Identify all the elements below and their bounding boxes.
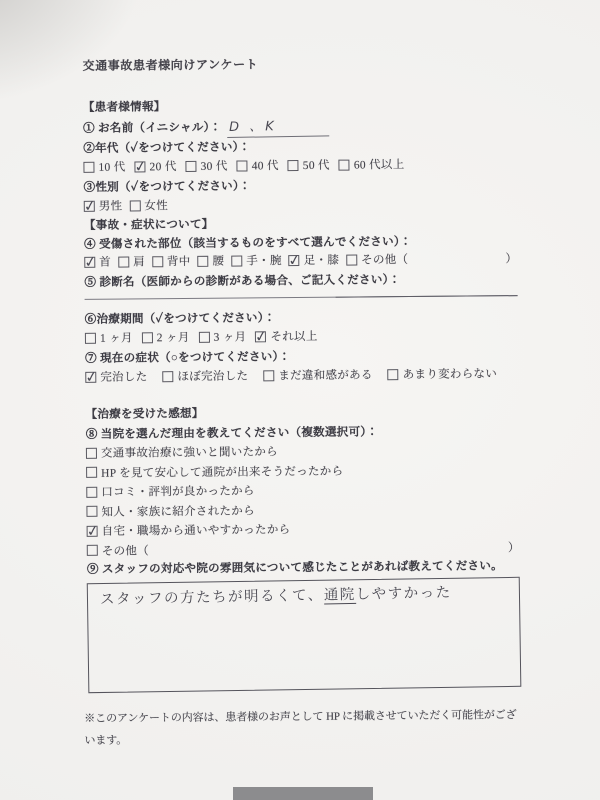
checkbox-label: 1 ヶ月 <box>100 329 133 347</box>
checkbox-icon <box>84 256 95 267</box>
checkbox-label: その他（ <box>361 251 408 269</box>
checkbox-icon <box>289 255 300 266</box>
checkbox-label: 背中 <box>167 253 191 271</box>
checkbox-option-neck[interactable]: 首 <box>84 254 111 272</box>
checkbox-icon <box>83 161 94 172</box>
checkbox-icon <box>186 160 197 171</box>
checkmark-icon <box>254 328 269 345</box>
checkbox-label: 40 代 <box>252 157 279 175</box>
checkbox-icon <box>152 256 163 267</box>
checkbox-icon <box>86 506 97 517</box>
checkbox-icon <box>87 525 98 536</box>
question-2-label: ②年代（✓をつけてください）： <box>83 136 516 158</box>
checkbox-label: 60 代以上 <box>354 156 405 174</box>
checkbox-option-age-20s[interactable]: 20 代 <box>134 158 176 176</box>
checkbox-option-shoulder[interactable]: 肩 <box>118 253 145 271</box>
checkbox-icon <box>263 370 274 381</box>
checkbox-option-reason-convenient-location[interactable]: 自宅・職場から通いやすかったから <box>87 521 291 541</box>
question-4-options: 首 肩 背中 腰 手・腕 足・膝 その他（ ） <box>84 250 517 272</box>
checkbox-option-mostly-recovered[interactable]: ほぼ完治した <box>162 367 248 386</box>
footnote: ※このアンケートの内容は、患者様のお声として HP に掲載させていただく可能性が… <box>84 704 521 752</box>
checkbox-icon <box>231 255 242 266</box>
question-2-options: 10 代 20 代 30 代 40 代 50 代 60 代以上 <box>83 155 516 177</box>
checkbox-icon <box>134 161 145 172</box>
checkbox-label: あまり変わらない <box>403 365 498 384</box>
checkbox-option-reason-referral[interactable]: 知人・家族に紹介されたから <box>86 502 255 521</box>
section-heading-accident: 【事故・症状について】 <box>84 213 517 235</box>
checkbox-label: 足・膝 <box>304 252 340 270</box>
checkbox-icon <box>118 256 129 267</box>
checkbox-label: 手・腕 <box>246 252 282 270</box>
checkbox-icon <box>86 467 97 478</box>
section-heading-patient-info: 【患者様情報】 <box>83 95 516 117</box>
checkbox-icon <box>162 371 173 382</box>
checkbox-icon <box>86 447 97 458</box>
checkbox-option-reason-reviews[interactable]: 口コミ・評判が良かったから <box>86 482 255 501</box>
checkbox-option-3months[interactable]: 3 ヶ月 <box>199 328 247 346</box>
checkbox-option-body-other[interactable]: その他（ <box>346 251 408 270</box>
question-8-options: 交通事故治療に強いと聞いたから HP を見て安心して通院が出来そうだったから 口… <box>86 441 520 560</box>
checkbox-label: 3 ヶ月 <box>214 328 247 346</box>
checkbox-option-age-50s[interactable]: 50 代 <box>288 157 330 175</box>
checkbox-label: 首 <box>99 254 111 272</box>
question-8-label: ⑧ 当院を選んだ理由を教えてください（複数選択可）： <box>86 422 519 444</box>
checkbox-option-reason-website[interactable]: HP を見て安心して通院が出来そうだったから <box>86 462 343 482</box>
checkbox-option-reason-strong-in-accident-care[interactable]: 交通事故治療に強いと聞いたから <box>86 443 278 463</box>
question-7-options: 完治した ほぼ完治した まだ違和感がある あまり変わらない <box>85 365 518 387</box>
scan-artifact-bar <box>233 787 373 800</box>
checkbox-label: 完治した <box>100 368 147 386</box>
checkbox-label: それ以上 <box>270 328 317 346</box>
checkbox-icon <box>199 331 210 342</box>
checkbox-icon <box>339 159 350 170</box>
checkbox-icon <box>85 371 96 382</box>
checkbox-icon <box>197 255 208 266</box>
checkbox-label: 腰 <box>212 253 224 271</box>
checkbox-label: 30 代 <box>201 158 228 176</box>
question-1-name: ① お名前（イニシャル）： D 、K <box>83 115 516 139</box>
checkbox-label: HP を見て安心して通院が出来そうだったから <box>101 462 343 482</box>
checkbox-option-female[interactable]: 女性 <box>129 197 168 215</box>
checkbox-option-2months[interactable]: 2 ヶ月 <box>142 329 190 347</box>
checkbox-icon <box>288 160 299 171</box>
checkbox-icon <box>129 200 140 211</box>
handwritten-comment-part1: スタッフの方たちが明るくて、 <box>100 587 324 607</box>
checkbox-icon <box>142 332 153 343</box>
checkbox-label: 交通事故治療に強いと聞いたから <box>101 443 278 463</box>
question-1-label: ① お名前（イニシャル）： <box>83 119 222 139</box>
checkbox-option-no-change[interactable]: あまり変わらない <box>388 365 498 384</box>
paren-close: ） <box>508 539 520 557</box>
page-title: 交通事故患者様向けアンケート <box>82 54 515 74</box>
other-fill-space[interactable] <box>415 262 498 263</box>
checkbox-label: 口コミ・評判が良かったから <box>101 482 255 501</box>
checkbox-icon <box>85 332 96 343</box>
checkbox-icon <box>255 331 266 342</box>
checkmark-icon <box>86 522 101 539</box>
question-6-label: ⑥治療期間（✓をつけてください）： <box>85 307 518 329</box>
checkbox-option-waist[interactable]: 腰 <box>197 253 224 271</box>
handwritten-comment-part2: 通院 <box>324 586 356 604</box>
checkbox-label: まだ違和感がある <box>278 366 373 385</box>
checkbox-label: ほぼ完治した <box>177 367 248 386</box>
checkbox-option-age-40s[interactable]: 40 代 <box>237 157 279 175</box>
name-initial-field[interactable]: D 、K <box>227 116 329 138</box>
checkbox-label: 知人・家族に紹介されたから <box>101 502 255 521</box>
checkbox-option-fully-recovered[interactable]: 完治した <box>85 368 147 387</box>
handwritten-comment: スタッフの方たちが明るくて、通院しやすかった <box>100 579 509 608</box>
scanned-survey-page: 交通事故患者様向けアンケート 【患者様情報】 ① お名前（イニシャル）： D 、… <box>0 0 600 800</box>
checkbox-icon <box>346 254 357 265</box>
checkbox-option-1month[interactable]: 1 ヶ月 <box>85 329 133 347</box>
question-6-options: 1 ヶ月 2 ヶ月 3 ヶ月 それ以上 <box>85 326 518 348</box>
checkbox-option-reason-other[interactable]: その他（ <box>87 542 149 561</box>
question-3-options: 男性 女性 <box>84 194 517 216</box>
question-7-label: ⑦ 現在の症状（○をつけてください）： <box>85 346 518 368</box>
checkmark-icon <box>84 368 99 385</box>
checkbox-option-age-60s-plus[interactable]: 60 代以上 <box>339 156 405 175</box>
checkbox-label: 50 代 <box>303 157 330 175</box>
question-3-label: ③性別（✓をつけてください）： <box>84 175 517 197</box>
question-9-label: ⑨ スタッフの対応や院の雰囲気について感じたことがあれば教えてください。 <box>87 557 520 579</box>
checkmark-icon <box>83 253 98 270</box>
checkbox-label: その他（ <box>102 542 149 560</box>
free-comment-box[interactable]: スタッフの方たちが明るくて、通院しやすかった <box>87 576 522 692</box>
checkbox-label: 2 ヶ月 <box>157 329 190 347</box>
checkbox-label: 10 代 <box>98 159 125 177</box>
checkbox-label: 男性 <box>99 198 123 216</box>
checkbox-option-hand-arm[interactable]: 手・腕 <box>231 252 282 270</box>
checkbox-icon <box>237 160 248 171</box>
section-heading-impressions: 【治療を受けた感想】 <box>86 402 519 424</box>
checkbox-option-back[interactable]: 背中 <box>152 253 191 271</box>
checkbox-option-still-discomfort[interactable]: まだ違和感がある <box>263 366 373 385</box>
checkbox-icon <box>388 369 399 380</box>
checkbox-label: 肩 <box>133 253 145 271</box>
survey-sheet: 交通事故患者様向けアンケート 【患者様情報】 ① お名前（イニシャル）： D 、… <box>0 0 600 752</box>
checkbox-option-age-30s[interactable]: 30 代 <box>186 158 228 176</box>
checkbox-option-male[interactable]: 男性 <box>84 198 123 216</box>
footnote-line2: います。 <box>84 726 521 752</box>
checkbox-icon <box>84 200 95 211</box>
paren-close: ） <box>505 250 517 268</box>
checkbox-icon <box>86 486 97 497</box>
handwritten-comment-part3: しやすかった <box>356 584 452 602</box>
checkmark-icon <box>83 197 98 214</box>
checkbox-label: 女性 <box>144 197 168 215</box>
checkmark-icon <box>288 252 303 269</box>
checkbox-option-age-10s[interactable]: 10 代 <box>83 159 125 177</box>
checkbox-icon <box>87 545 98 556</box>
checkbox-label: 自宅・職場から通いやすかったから <box>102 521 291 541</box>
checkbox-option-leg-knee[interactable]: 足・膝 <box>289 252 340 270</box>
footnote-line1: ※このアンケートの内容は、患者様のお声として HP に掲載させていただく可能性が… <box>84 704 521 730</box>
checkmark-icon <box>133 158 148 175</box>
checkbox-option-longer[interactable]: それ以上 <box>255 328 317 347</box>
checkbox-label: 20 代 <box>149 158 176 176</box>
